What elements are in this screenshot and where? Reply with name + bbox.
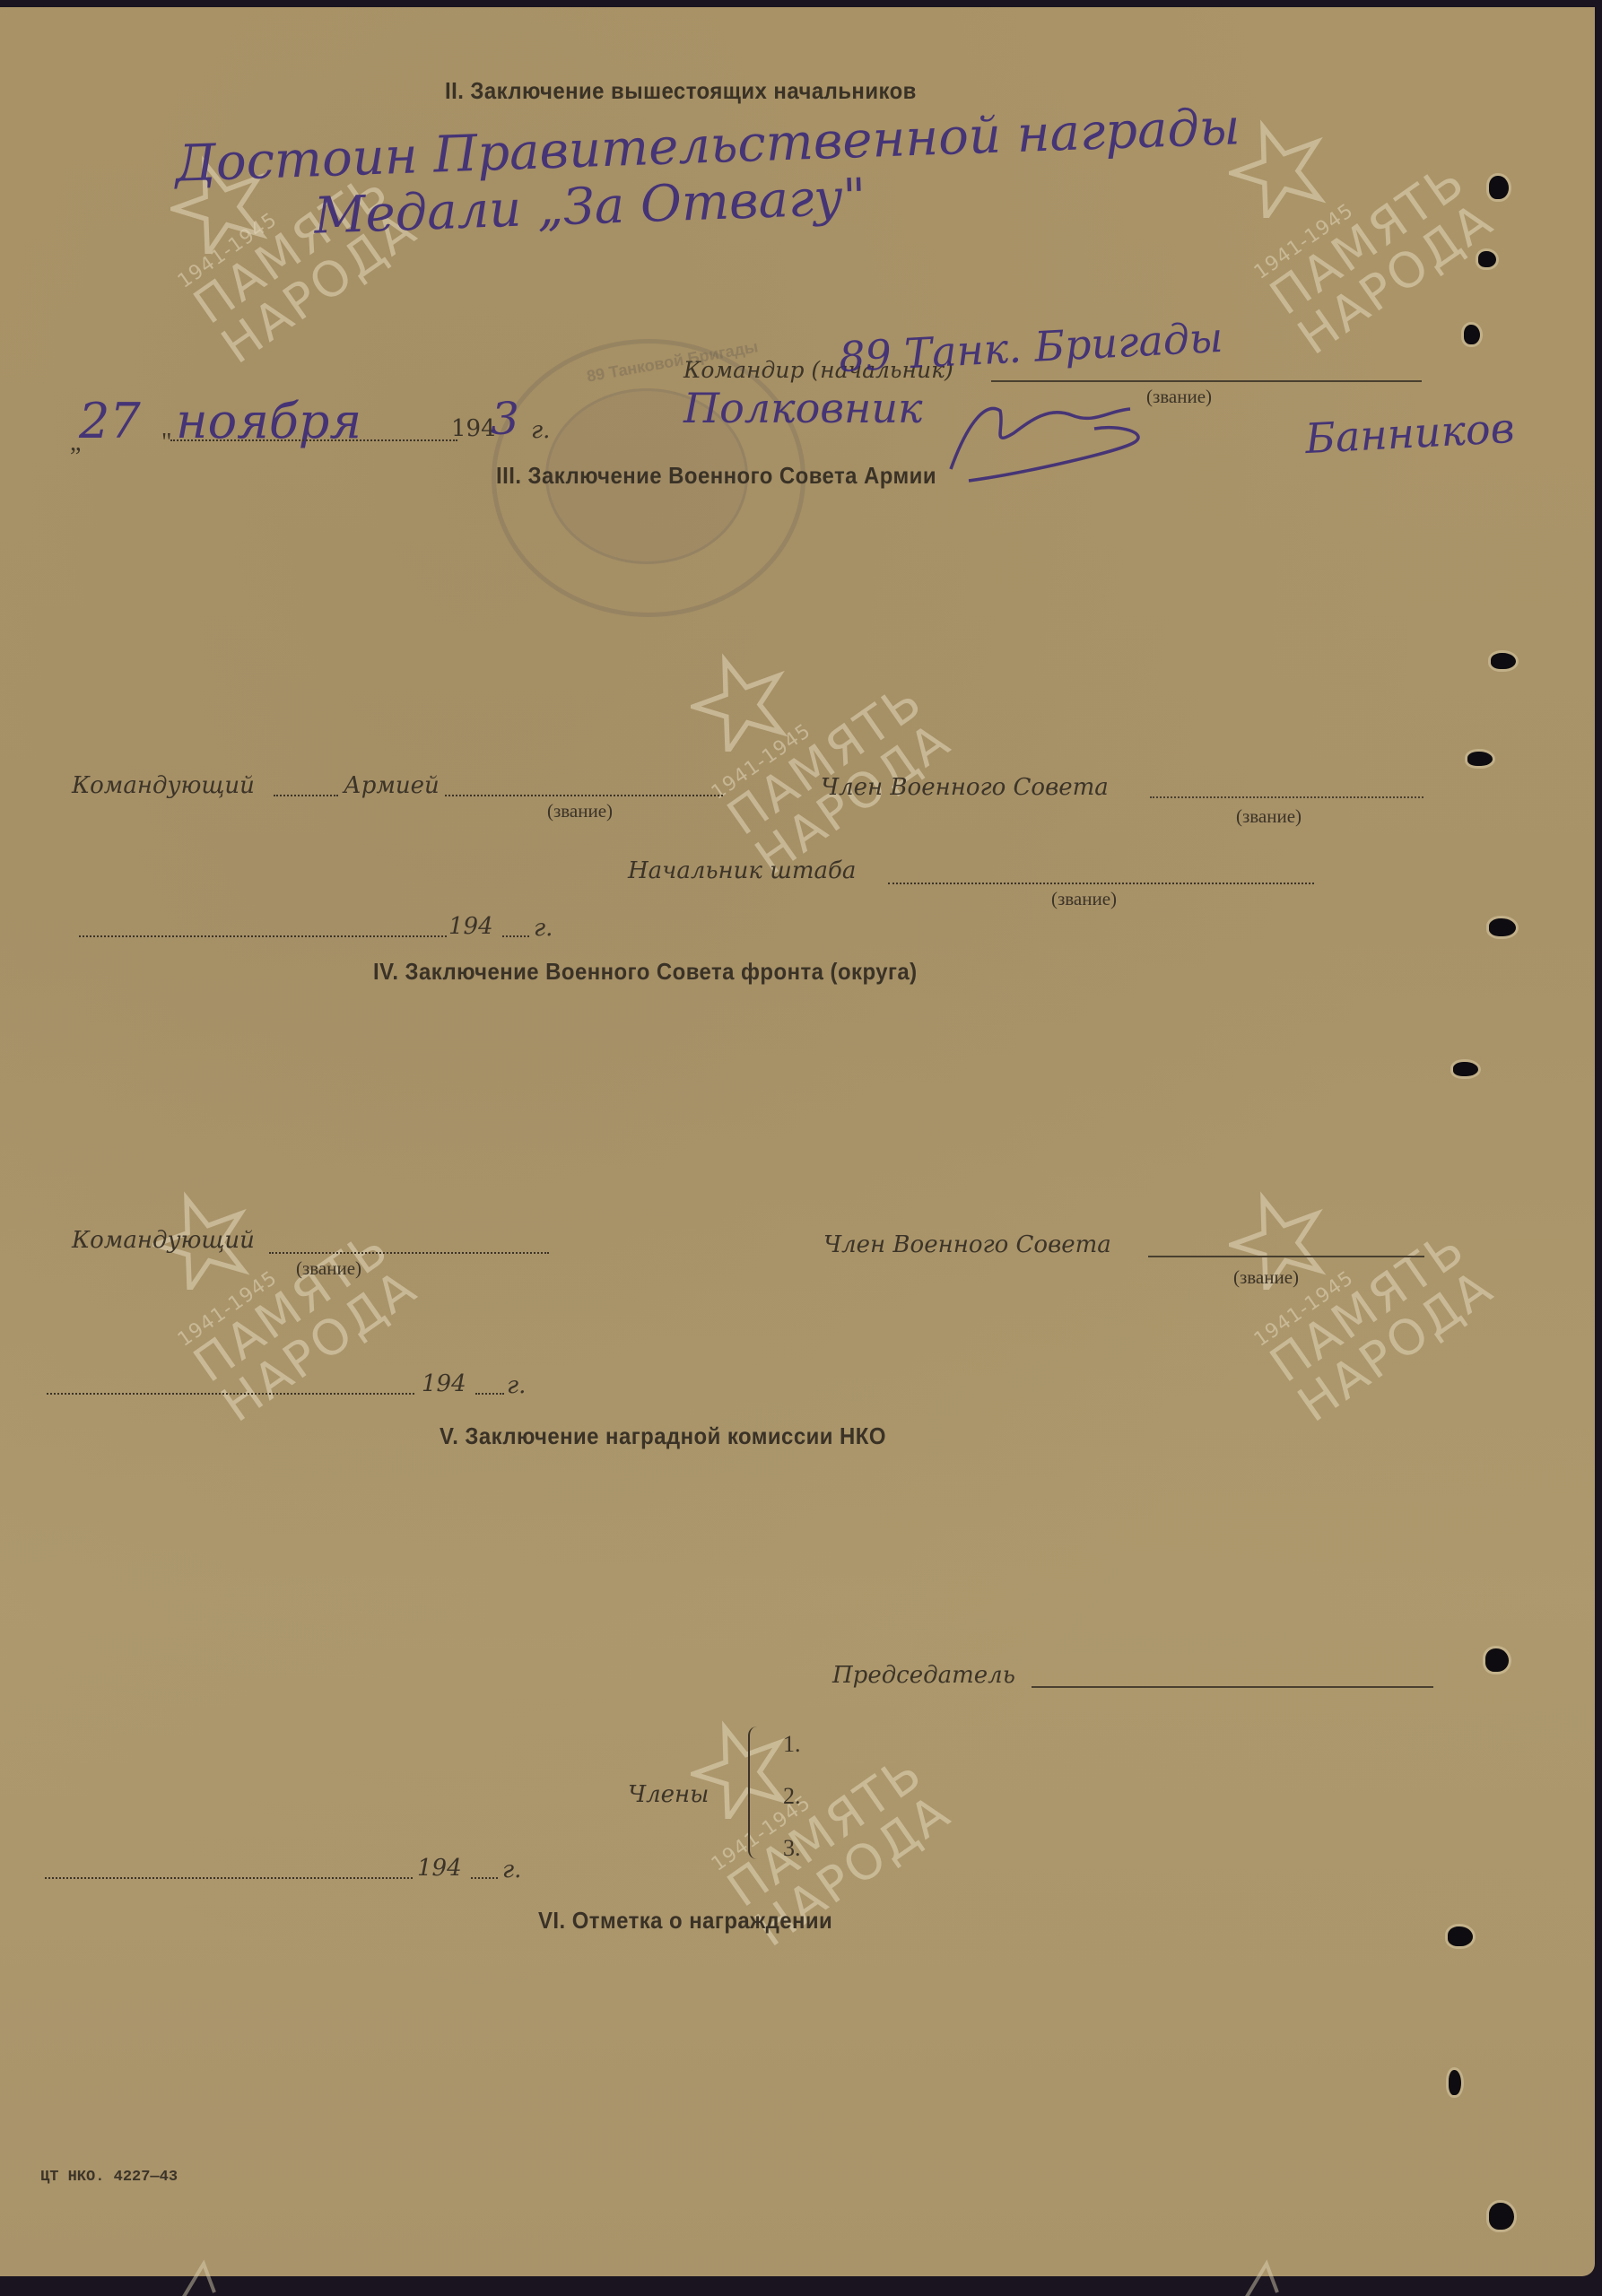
date-close-quote: " (161, 429, 171, 457)
army-date-line (79, 935, 447, 937)
army-date-g: г. (534, 915, 553, 942)
front-date-g: г. (507, 1372, 526, 1399)
commander-unit-line (991, 380, 1422, 382)
army-date-year: 194 (448, 913, 493, 940)
front-council-rank-hint: (звание) (1233, 1266, 1299, 1289)
binding-hole (1489, 918, 1516, 936)
binding-hole (1467, 752, 1493, 766)
binding-hole (1448, 1926, 1473, 1946)
nko-date-year: 194 (417, 1855, 462, 1882)
front-date-year: 194 (422, 1370, 466, 1397)
army-rank-hint: (звание) (547, 800, 613, 822)
chairman-line (1032, 1686, 1433, 1688)
chief-of-staff-line (888, 883, 1314, 884)
section6-heading: VI. Отметка о награждении (538, 1907, 832, 1935)
document-page: 1941-1945 ПАМЯТЬ НАРОДА 1941-1945 ПАМЯТЬ… (0, 7, 1595, 2276)
chief-of-staff-label: Начальник штаба (628, 857, 856, 884)
chairman-label: Председатель (832, 1662, 1015, 1689)
star-icon (691, 653, 789, 752)
date-g: г. (531, 417, 550, 444)
member-2: 2. (783, 1783, 801, 1810)
commander-signature (915, 384, 1292, 483)
star-icon (1229, 119, 1328, 218)
front-date-line (47, 1393, 414, 1395)
army-commander-line-2 (445, 795, 723, 796)
date-year-prefix: 194 (451, 415, 496, 442)
binding-hole (1453, 1062, 1478, 1076)
nko-date-g: г. (502, 1857, 521, 1883)
front-commander-label: Командующий (72, 1227, 255, 1254)
binding-hole (1485, 1648, 1509, 1672)
chief-rank-hint: (звание) (1051, 888, 1117, 910)
binding-hole (1449, 2070, 1461, 2095)
army-council-member-line (1150, 796, 1424, 798)
army-label: Армией (344, 772, 440, 799)
member-1: 1. (783, 1731, 801, 1758)
army-commander-label: Командующий (72, 772, 255, 799)
section5-heading: V. Заключение наградной комиссии НКО (440, 1422, 886, 1450)
date-day: 27 (79, 393, 141, 449)
date-month-line (170, 439, 457, 441)
binding-hole (1489, 2203, 1514, 2230)
binding-hole (1489, 176, 1509, 199)
nko-date-line (45, 1877, 413, 1879)
front-council-member-label: Член Военного Совета (823, 1231, 1111, 1258)
star-icon (1238, 2249, 1310, 2296)
army-date-year-line (502, 935, 529, 937)
army-council-rank-hint: (звание) (1236, 805, 1302, 828)
army-commander-line-1 (274, 795, 338, 796)
nko-date-year-line (471, 1877, 498, 1879)
members-bracket (748, 1726, 762, 1859)
front-date-year-line (475, 1393, 504, 1395)
date-year-suffix: 3 (491, 393, 519, 445)
signature-name: Банников (1304, 404, 1516, 463)
commander-rank: Полковник (683, 384, 922, 432)
print-code: ЦТ НКО. 4227—43 (40, 2169, 178, 2186)
section3-heading: III. Заключение Военного Совета Армии (496, 462, 936, 490)
member-3: 3. (783, 1835, 801, 1862)
binding-hole (1464, 325, 1480, 344)
section2-heading: II. Заключение вышестоящих начальников (445, 77, 917, 105)
members-label: Члены (628, 1781, 709, 1808)
section4-heading: IV. Заключение Военного Совета фронта (о… (373, 958, 918, 986)
front-commander-rank-hint: (звание) (296, 1257, 361, 1280)
binding-hole (1491, 653, 1516, 669)
binding-hole (1478, 251, 1496, 267)
army-council-member-label: Член Военного Совета (821, 774, 1109, 801)
star-icon (175, 2249, 247, 2296)
front-council-member-line (1148, 1256, 1424, 1257)
commander-unit: 89 Танк. Бригады (838, 313, 1224, 381)
front-commander-line (269, 1252, 549, 1254)
